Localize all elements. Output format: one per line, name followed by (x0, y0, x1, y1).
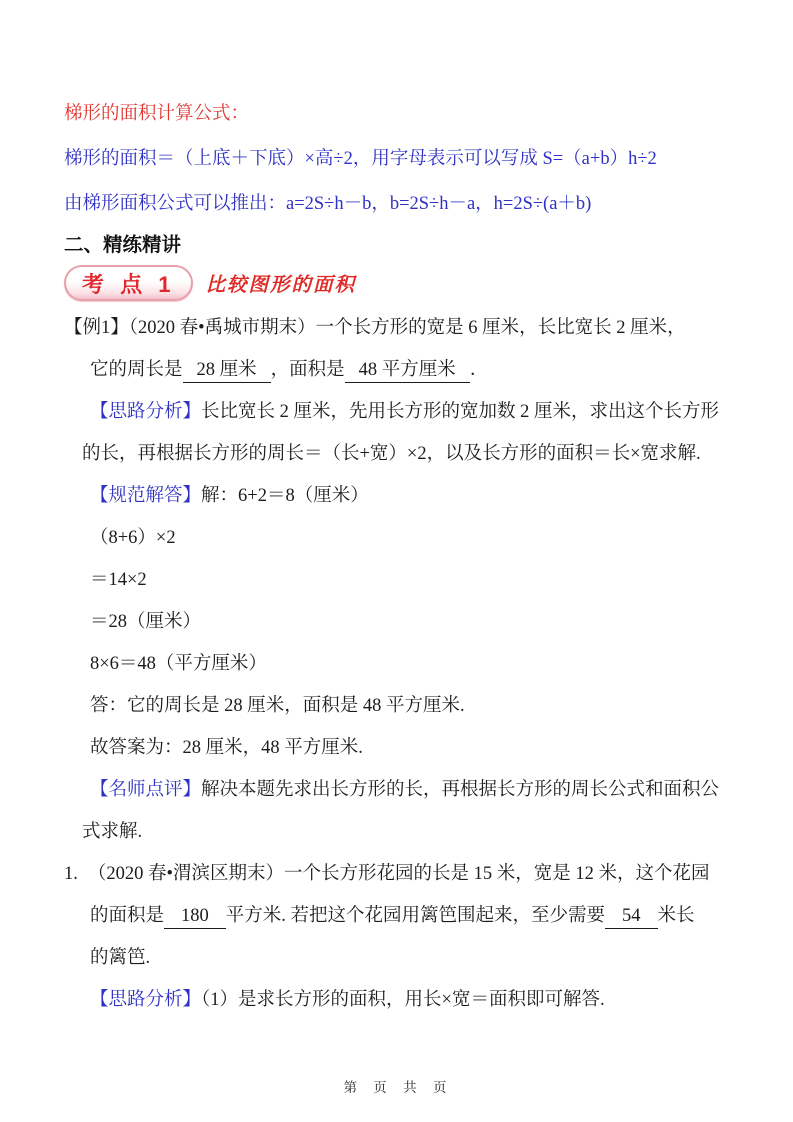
problem1-head-text: （2020 春•渭滨区期末）一个长方形花园的长是 15 米，宽是 12 米，这个… (88, 864, 710, 884)
solution-label: 【规范解答】 (90, 486, 201, 506)
formula-line-1: 梯形的面积＝（上底＋下底）×高÷2，用字母表示可以写成 S=（a+b）h÷2 (64, 137, 743, 182)
section-heading: 二、精练精讲 (64, 227, 743, 263)
problem1-analysis-line: 【思路分析】（1）是求长方形的面积，用长×宽＝面积即可解答. (64, 979, 743, 1021)
example1-solution-line: 【规范解答】解：6+2＝8（厘米） (64, 475, 743, 517)
analysis-text-1: 长比宽长 2 厘米，先用长方形的宽加数 2 厘米，求出这个长方形 (201, 402, 719, 422)
example1-comment-line2: 式求解. (64, 811, 743, 853)
problem1-number: 1. (64, 853, 78, 895)
solution-step-1: （8+6）×2 (64, 517, 743, 559)
example1-blank-line: 它的周长是28 厘米，面积是48 平方厘米． (64, 349, 743, 391)
answer-blank-perimeter: 28 厘米 (183, 358, 271, 383)
answer-blank-garden-area: 180 (164, 904, 226, 929)
problem1-blank-end: 米长 (658, 906, 695, 926)
solution-conclusion-line: 故答案为：28 厘米，48 平方厘米. (64, 727, 743, 769)
content-body: 【例1】（2020 春•禹城市期末）一个长方形的宽是 6 厘米，长比宽长 2 厘… (64, 307, 743, 1021)
formula-title: 梯形的面积计算公式： (64, 92, 743, 137)
example1-blank-mid: ，面积是 (271, 360, 345, 380)
example1-blank-pre: 它的周长是 (90, 360, 183, 380)
exam-point-row: 考 点 1 比较图形的面积 (64, 263, 743, 303)
comment-text-1: 解决本题先求出长方形的长，再根据长方形的周长公式和面积公 (201, 780, 719, 800)
solution-step-3: ＝28（厘米） (64, 601, 743, 643)
solution-text: 解：6+2＝8（厘米） (201, 486, 369, 506)
solution-step-4: 8×6＝48（平方厘米） (64, 643, 743, 685)
exam-point-topic: 比较图形的面积 (205, 269, 356, 297)
example1-analysis-line1: 【思路分析】长比宽长 2 厘米，先用长方形的宽加数 2 厘米，求出这个长方形 (64, 391, 743, 433)
problem1-analysis-label: 【思路分析】 (90, 990, 201, 1010)
document-page: 梯形的面积计算公式： 梯形的面积＝（上底＋下底）×高÷2，用字母表示可以写成 S… (0, 0, 793, 1122)
example1-head: 【例1】（2020 春•禹城市期末）一个长方形的宽是 6 厘米，长比宽长 2 厘… (64, 307, 743, 349)
solution-step-2: ＝14×2 (64, 559, 743, 601)
example1-analysis-line2: 的长，再根据长方形的周长＝（长+宽）×2，以及长方形的面积＝长×宽求解. (64, 433, 743, 475)
comment-label: 【名师点评】 (90, 780, 201, 800)
example1-comment-line1: 【名师点评】解决本题先求出长方形的长，再根据长方形的周长公式和面积公 (64, 769, 743, 811)
formula-line-2: 由梯形面积公式可以推出：a=2S÷h－b，b=2S÷h－a，h=2S÷(a＋b) (64, 182, 743, 227)
problem1-head: 1.（2020 春•渭滨区期末）一个长方形花园的长是 15 米，宽是 12 米，… (64, 853, 743, 895)
solution-answer-line: 答：它的周长是 28 厘米，面积是 48 平方厘米. (64, 685, 743, 727)
page-footer: 第 页 共 页 (0, 1076, 793, 1096)
formula-block: 梯形的面积计算公式： 梯形的面积＝（上底＋下底）×高÷2，用字母表示可以写成 S… (64, 92, 743, 227)
problem1-analysis-text: （1）是求长方形的面积，用长×宽＝面积即可解答. (201, 990, 605, 1010)
problem1-blank-pre: 的面积是 (90, 906, 164, 926)
exam-point-badge: 考 点 1 (64, 265, 193, 301)
analysis-label: 【思路分析】 (90, 402, 201, 422)
problem1-tail: 的篱笆. (64, 937, 743, 979)
example1-blank-end: ． (470, 360, 489, 380)
answer-blank-area: 48 平方厘米 (345, 358, 470, 383)
problem1-blank-mid: 平方米. 若把这个花园用篱笆围起来，至少需要 (226, 906, 605, 926)
problem1-blank-line: 的面积是180平方米. 若把这个花园用篱笆围起来，至少需要54米长 (64, 895, 743, 937)
answer-blank-fence-length: 54 (605, 904, 658, 929)
